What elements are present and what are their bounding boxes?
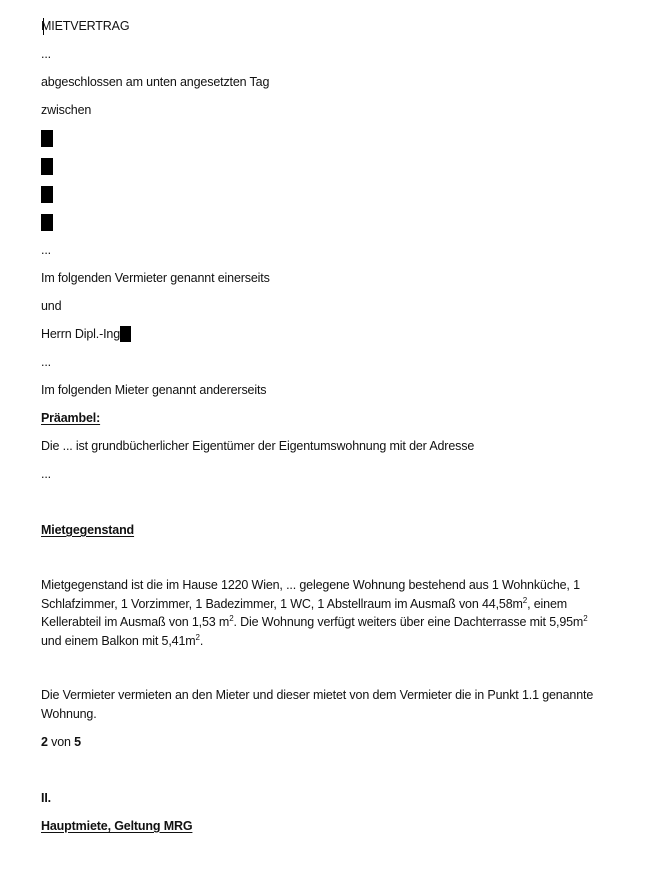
page-current: 2 (41, 735, 48, 749)
section1-paragraph-2: Die Vermieter vermieten an den Mieter un… (41, 686, 611, 723)
ellipsis-line: ... (41, 46, 51, 62)
tenant-name-prefix: Herrn Dipl.-Ing (41, 327, 120, 341)
para-text: . (200, 634, 203, 648)
section-heading-hauptmiete: Hauptmiete, Geltung MRG (41, 818, 192, 834)
para-text: und einem Balkon mit 5,41m (41, 634, 196, 648)
document-title: MIETVERTRAG (41, 18, 129, 34)
landlord-label: Im folgenden Vermieter genannt einerseit… (41, 270, 270, 286)
redacted-block (41, 186, 53, 203)
and-line: und (41, 298, 61, 314)
redacted-block (41, 158, 53, 175)
section-heading-mietgegenstand: Mietgegenstand (41, 522, 134, 538)
para-text: Mietgegenstand ist die im Hause 1220 Wie… (41, 578, 580, 611)
between-line: zwischen (41, 102, 91, 118)
preamble-text: Die ... ist grundbücherlicher Eigentümer… (41, 438, 474, 454)
ellipsis-line: ... (41, 242, 51, 258)
preamble-heading: Präambel: (41, 410, 100, 426)
page-indicator: 2 von 5 (41, 734, 81, 750)
concluded-line: abgeschlossen am unten angesetzten Tag (41, 74, 269, 90)
redacted-inline (120, 326, 131, 342)
tenant-label: Im folgenden Mieter genannt andererseits (41, 382, 266, 398)
page-separator: von (48, 735, 74, 749)
ellipsis-line: ... (41, 466, 51, 482)
page-total: 5 (74, 735, 81, 749)
superscript: 2 (583, 614, 587, 623)
ellipsis-line: ... (41, 354, 51, 370)
redacted-block (41, 130, 53, 147)
redacted-block (41, 214, 53, 231)
para-text: . Die Wohnung verfügt weiters über eine … (234, 615, 584, 629)
tenant-name-line: Herrn Dipl.-Ing (41, 326, 131, 342)
section1-paragraph-1: Mietgegenstand ist die im Hause 1220 Wie… (41, 576, 611, 650)
section-number-2: II. (41, 790, 51, 806)
